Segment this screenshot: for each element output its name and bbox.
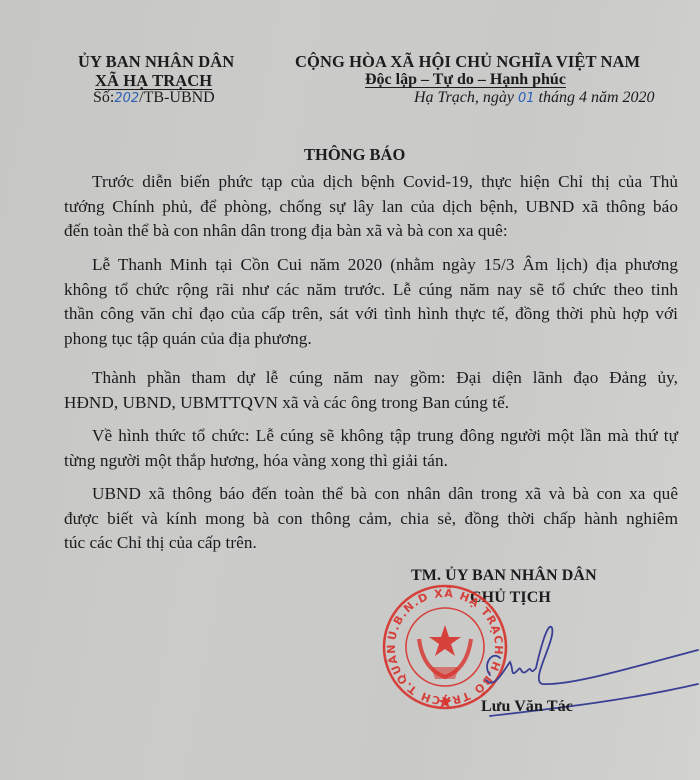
signer-name: Lưu Văn Tác [481, 698, 573, 716]
body-line: Lễ Thanh Minh tại Cồn Cui năm 2020 (nhằm… [92, 255, 678, 275]
issue-date: Hạ Trạch, ngày01tháng 4 năm 2020 [414, 89, 655, 107]
body-line: được biết và kính mong bà con thông cảm,… [64, 509, 678, 529]
body-line: đến toàn thể bà con nhân dân trong địa b… [64, 221, 508, 241]
body-line: tướng Chính phủ, để phòng, chống sự lây … [64, 197, 678, 217]
body-line: túc các Chỉ thị của cấp trên. [64, 533, 257, 553]
agency-name: ỦY BAN NHÂN DÂN [78, 52, 234, 72]
national-motto: Độc lập – Tự do – Hạnh phúc [365, 71, 566, 89]
body-line: HĐND, UBND, UBMTTQVN xã và các ông trong… [64, 393, 509, 413]
body-line: không tổ chức rộng rãi như các năm trước… [64, 280, 678, 300]
body-line: Thành phần tham dự lễ cúng năm nay gồm: … [92, 368, 678, 388]
body-line: thần công văn chỉ đạo của cấp trên, sát … [64, 304, 678, 324]
date-suffix: tháng 4 năm 2020 [539, 89, 655, 106]
country-name: CỘNG HÒA XÃ HỘI CHỦ NGHĨA VIỆT NAM [295, 52, 640, 72]
document-number: Số:202/TB-UBND [93, 89, 215, 107]
body-line: từng người một thắp hương, hóa vàng xong… [64, 451, 448, 471]
doc-number-suffix: /TB-UBND [139, 89, 215, 106]
doc-number-handwritten: 202 [114, 91, 139, 106]
doc-number-prefix: Số: [93, 89, 114, 106]
body-line: UBND xã thông báo đến toàn thể bà con nh… [92, 484, 678, 504]
date-day-handwritten: 01 [514, 91, 539, 106]
body-line: Trước diễn biến phức tạp của dịch bệnh C… [92, 172, 678, 192]
date-prefix: Hạ Trạch, ngày [414, 89, 514, 106]
document-title: THÔNG BÁO [304, 145, 405, 165]
body-line: Về hình thức tổ chức: Lễ cúng sẽ không t… [92, 426, 678, 446]
body-line: phong tục tập quán của địa phương. [64, 329, 312, 349]
commune-name: XÃ HẠ TRẠCH [95, 71, 212, 91]
